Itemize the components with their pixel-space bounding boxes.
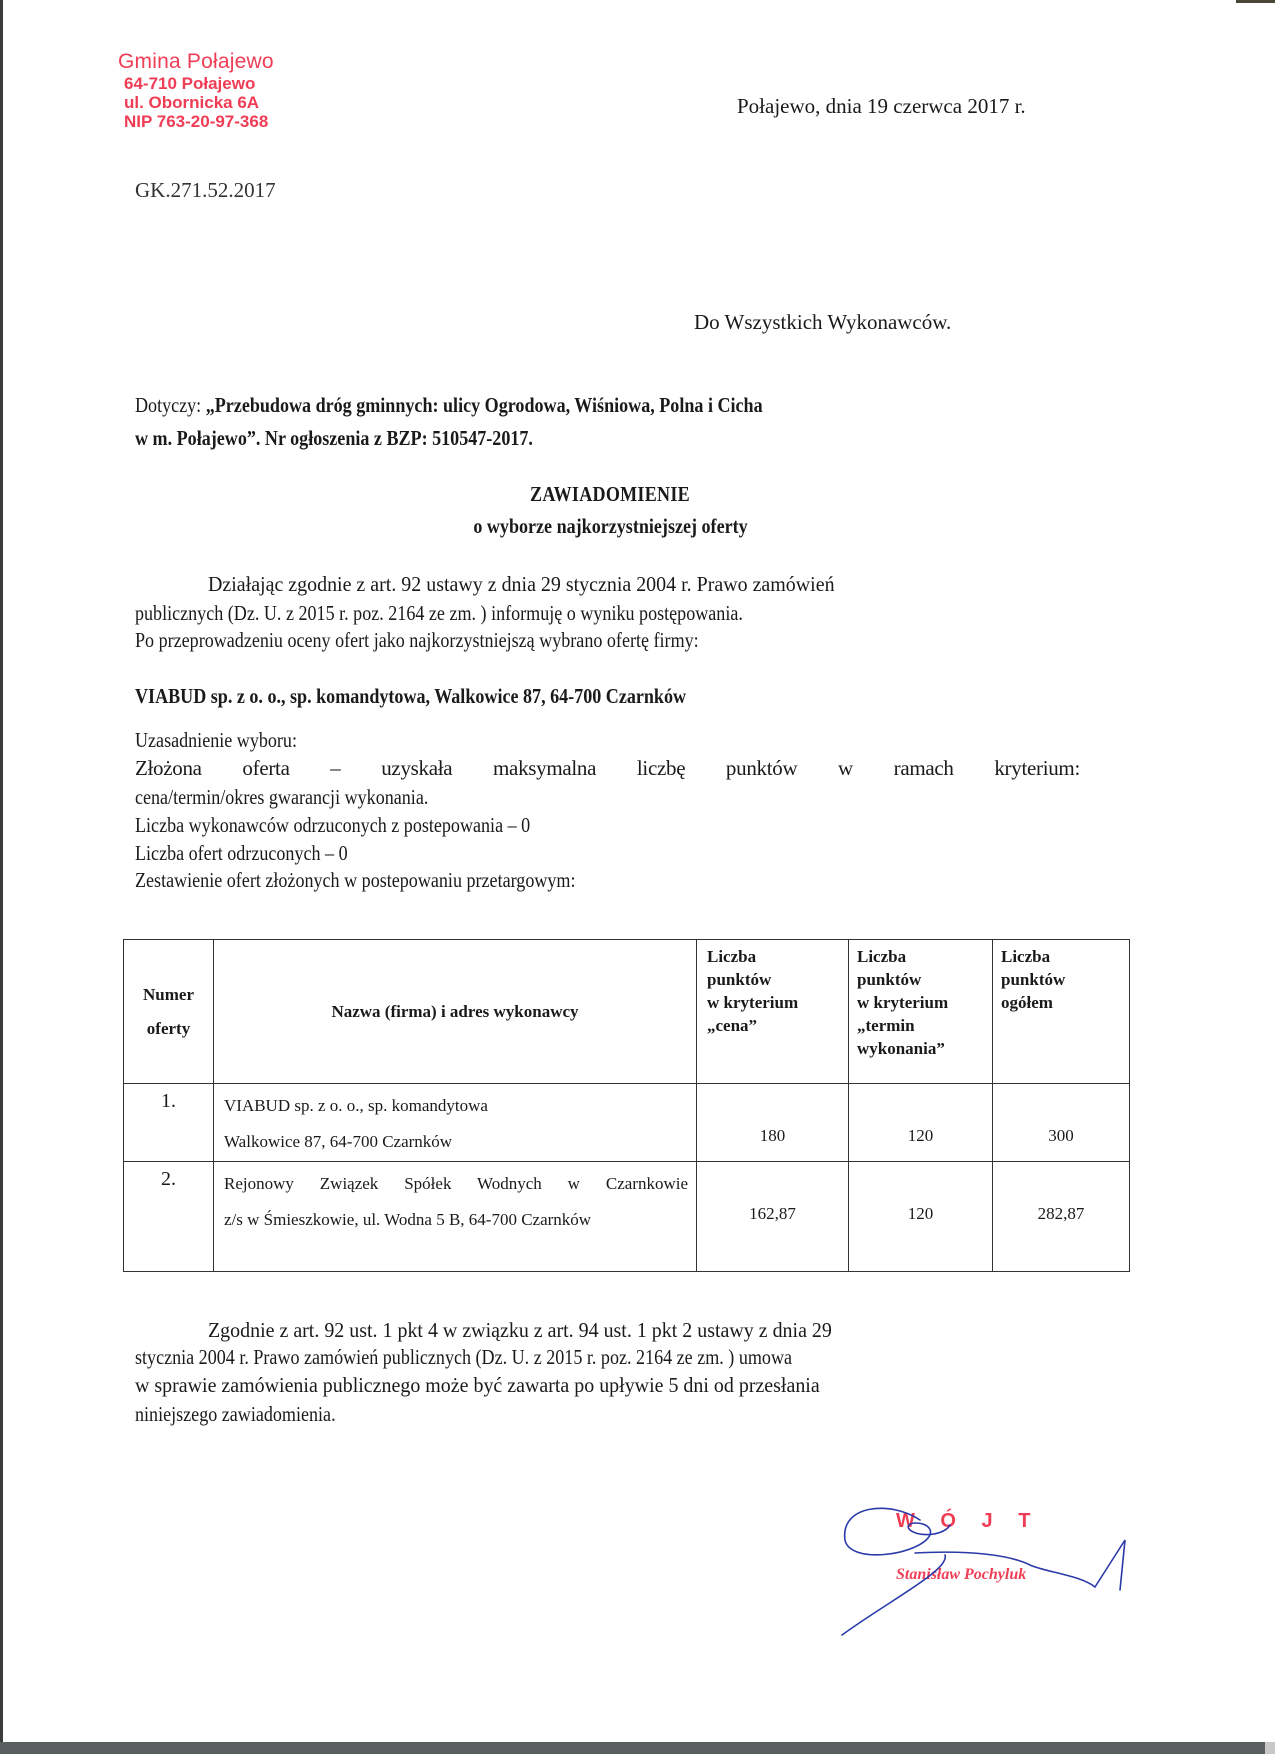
subject-line-1: Dotyczy: „Przebudowa dróg gminnych: ulic…	[135, 393, 763, 418]
subject-line-2: w m. Połajewo”. Nr ogłoszenia z BZP: 510…	[135, 426, 533, 451]
row-number: 2.	[124, 1162, 214, 1272]
intro-line-1: Działając zgodnie z art. 92 ustawy z dni…	[208, 572, 835, 597]
header-total-line: punktów	[1001, 968, 1129, 991]
scan-edge-left	[0, 0, 3, 1754]
justification-line-1: Złożona oferta – uzyskała maksymalna lic…	[135, 756, 1080, 781]
justification-heading: Uzasadnienie wyboru:	[135, 728, 297, 753]
row-number: 1.	[124, 1084, 214, 1162]
addressee: Do Wszystkich Wykonawców.	[694, 310, 951, 335]
closing-line-1: Zgodnie z art. 92 ust. 1 pkt 4 w związku…	[208, 1318, 832, 1343]
row-total-points: 300	[993, 1084, 1130, 1162]
header-term-line: wykonania”	[857, 1037, 992, 1060]
header-price: Liczba punktów w kryterium „cena”	[697, 940, 849, 1084]
header-term-line: „termin	[857, 1014, 992, 1037]
document-subtitle: o wyborze najkorzystniejszej oferty	[120, 514, 1100, 539]
stamp-postal: 64-710 Połajewo	[118, 74, 274, 93]
header-price-line: „cena”	[707, 1014, 848, 1037]
table-row: 1. VIABUD sp. z o. o., sp. komandytowa W…	[124, 1084, 1130, 1162]
table-header-row: Numer oferty Nazwa (firma) i adres wykon…	[124, 940, 1130, 1084]
header-name: Nazwa (firma) i adres wykonawcy	[214, 940, 697, 1084]
closing-line-4: niniejszego zawiadomienia.	[135, 1402, 336, 1427]
header-name-text: Nazwa (firma) i adres wykonawcy	[331, 1002, 578, 1021]
header-total-line: Liczba	[1001, 945, 1129, 968]
handwritten-signature-icon	[830, 1480, 1150, 1640]
header-number-line: Numer	[124, 978, 213, 1012]
reference-number: GK.271.52.2017	[135, 178, 276, 203]
header-price-line: Liczba	[707, 945, 848, 968]
municipality-stamp: Gmina Połajewo 64-710 Połajewo ul. Oborn…	[118, 50, 274, 131]
title-text: ZAWIADOMIENIE	[530, 482, 690, 507]
intro-line-3: Po przeprowadzeniu oceny ofert jako najk…	[135, 628, 699, 653]
header-price-line: w kryterium	[707, 991, 848, 1014]
stamp-name: Gmina Połajewo	[118, 50, 274, 74]
rejected-offers: Liczba ofert odrzuconych – 0	[135, 841, 348, 866]
rejected-contractors: Liczba wykonawców odrzuconych z postepow…	[135, 813, 530, 838]
row-contractor-address: z/s w Śmieszkowie, ul. Wodna 5 B, 64-700…	[224, 1202, 688, 1238]
row-total-points: 282,87	[993, 1162, 1130, 1272]
scan-edge-right	[1265, 1742, 1275, 1754]
justification-line-2: cena/termin/okres gwarancji wykonania.	[135, 785, 428, 810]
row-contractor: Rejonowy Związek Spółek Wodnych w Czarnk…	[214, 1162, 697, 1272]
subtitle-text: o wyborze najkorzystniejszej oferty	[473, 514, 747, 539]
header-term-line: w kryterium	[857, 991, 992, 1014]
document-title: ZAWIADOMIENIE	[120, 482, 1100, 507]
row-term-points: 120	[849, 1084, 993, 1162]
row-contractor: VIABUD sp. z o. o., sp. komandytowa Walk…	[214, 1084, 697, 1162]
stamp-street: ul. Obornicka 6A	[118, 93, 274, 112]
selected-contractor: VIABUD sp. z o. o., sp. komandytowa, Wal…	[135, 684, 686, 709]
table-row: 2. Rejonowy Związek Spółek Wodnych w Cza…	[124, 1162, 1130, 1272]
header-number: Numer oferty	[124, 940, 214, 1084]
header-number-line: oferty	[124, 1012, 213, 1046]
header-total-line: ogółem	[1001, 991, 1129, 1014]
subject-prefix: Dotyczy:	[135, 393, 206, 417]
intro-line-2: publicznych (Dz. U. z 2015 r. poz. 2164 …	[135, 601, 743, 626]
header-term-line: punktów	[857, 968, 992, 991]
stamp-nip: NIP 763-20-97-368	[118, 112, 274, 131]
row-contractor-name: VIABUD sp. z o. o., sp. komandytowa	[224, 1088, 696, 1124]
header-term: Liczba punktów w kryterium „termin wykon…	[849, 940, 993, 1084]
header-total: Liczba punktów ogółem	[993, 940, 1130, 1084]
signature-block: W Ó J T Stanisław Pochyluk	[830, 1480, 1150, 1640]
header-price-line: punktów	[707, 968, 848, 991]
scan-edge-top	[1236, 0, 1275, 3]
scan-edge-bottom	[0, 1742, 1265, 1754]
subject-title: „Przebudowa dróg gminnych: ulicy Ogrodow…	[206, 393, 763, 417]
summary-heading: Zestawienie ofert złożonych w postepowan…	[135, 868, 575, 893]
row-contractor-address: Walkowice 87, 64-700 Czarnków	[224, 1124, 696, 1160]
row-price-points: 180	[697, 1084, 849, 1162]
closing-line-2: stycznia 2004 r. Prawo zamówień publiczn…	[135, 1345, 792, 1370]
row-term-points: 120	[849, 1162, 993, 1272]
closing-line-3: w sprawie zamówienia publicznego może by…	[135, 1373, 820, 1398]
offers-table: Numer oferty Nazwa (firma) i adres wykon…	[123, 939, 1130, 1272]
row-price-points: 162,87	[697, 1162, 849, 1272]
header-term-line: Liczba	[857, 945, 992, 968]
place-date: Połajewo, dnia 19 czerwca 2017 r.	[737, 94, 1026, 119]
row-contractor-name: Rejonowy Związek Spółek Wodnych w Czarnk…	[224, 1166, 688, 1202]
